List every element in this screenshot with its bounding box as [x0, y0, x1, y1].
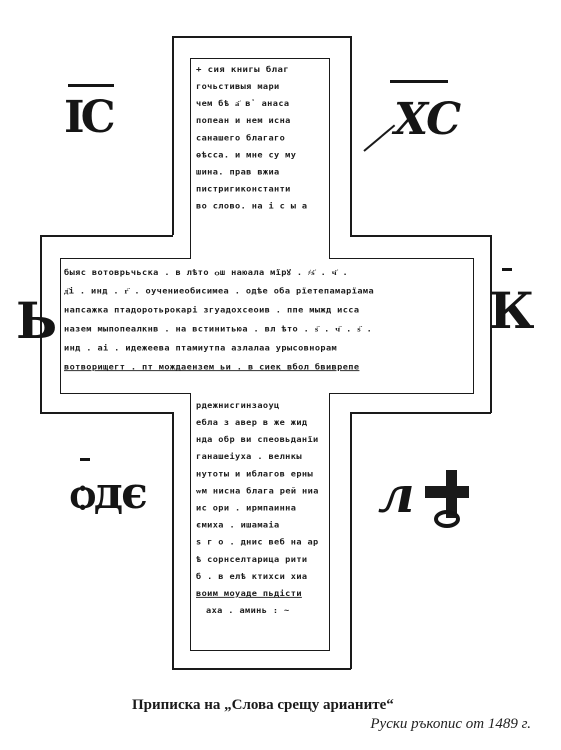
- manuscript-line: во слово. на і с ы а: [196, 199, 326, 216]
- manuscript-line: ємиха . ишамаіа: [196, 518, 326, 535]
- manuscript-line: ѡм нисна блага рей ниа: [196, 484, 326, 501]
- manuscript-line: ганашеіуха . велнкы: [196, 449, 326, 466]
- manuscript-text-top: + сия книгы благ гочьстивыя мари чем бѣ …: [196, 62, 326, 216]
- manuscript-line: воим моуаде пьдісти: [196, 586, 326, 603]
- manuscript-line: ебла з авер в же жид: [196, 415, 326, 432]
- manuscript-line: попеан и нем исна: [196, 113, 326, 130]
- manuscript-line: ѕ г о . днис веб на ар: [196, 535, 326, 552]
- manuscript-line: санашего благаго: [196, 130, 326, 147]
- manuscript-line: + сия книгы благ: [196, 62, 326, 79]
- manuscript-line: нутоты и иблагов ерны: [196, 466, 326, 483]
- manuscript-line: ис ори . ирмпаинна: [196, 501, 326, 518]
- manuscript-line: напсажка птадоротьрокарі згуадохсеоив . …: [64, 302, 470, 321]
- manuscript-text-bottom: рдежнисгинзаоуц ебла з авер в же жид нда…: [196, 398, 326, 620]
- caption-title: Приписка на „Слова срещу арианите“: [132, 697, 394, 714]
- manuscript-text-horizontal: быяс вотоврьчьска . в лѣто ѻш наюала мїр…: [64, 264, 470, 377]
- manuscript-line: вотворищегт . пт мождаензем ьи . в сиек …: [64, 359, 470, 378]
- manuscript-line: б . в елѣ ктихси хиа: [196, 569, 326, 586]
- manuscript-line: пистригиконстанти: [196, 182, 326, 199]
- manuscript-line: рдежнисгинзаоуц: [196, 398, 326, 415]
- manuscript-line: ѣ сорнселтарица рити: [196, 552, 326, 569]
- manuscript-line: шина. прав вжиа: [196, 165, 326, 182]
- caption-subtitle: Руски ръкопис от 1489 г.: [370, 716, 531, 733]
- manuscript-line: быяс вотоврьчьска . в лѣто ѻш наюала мїр…: [64, 264, 470, 283]
- manuscript-line: д҃і . инд . г҃ . оучениеобисимеа . одѣе …: [64, 283, 470, 302]
- manuscript-line: ѳѣсса. и мне су му: [196, 148, 326, 165]
- manuscript-line: гочьстивыя мари: [196, 79, 326, 96]
- manuscript-line: назем мыпопеалкнв . на встинитьюа . вл ѣ…: [64, 321, 470, 340]
- manuscript-line: нда обр ви спеовьданїи: [196, 432, 326, 449]
- manuscript-line: инд . аі . идежеева птамиутпа азлалаа ур…: [64, 340, 470, 359]
- manuscript-line: аха . аминь : ~: [196, 603, 326, 620]
- manuscript-line: чем бѣ а҃ в̾ анаса: [196, 96, 326, 113]
